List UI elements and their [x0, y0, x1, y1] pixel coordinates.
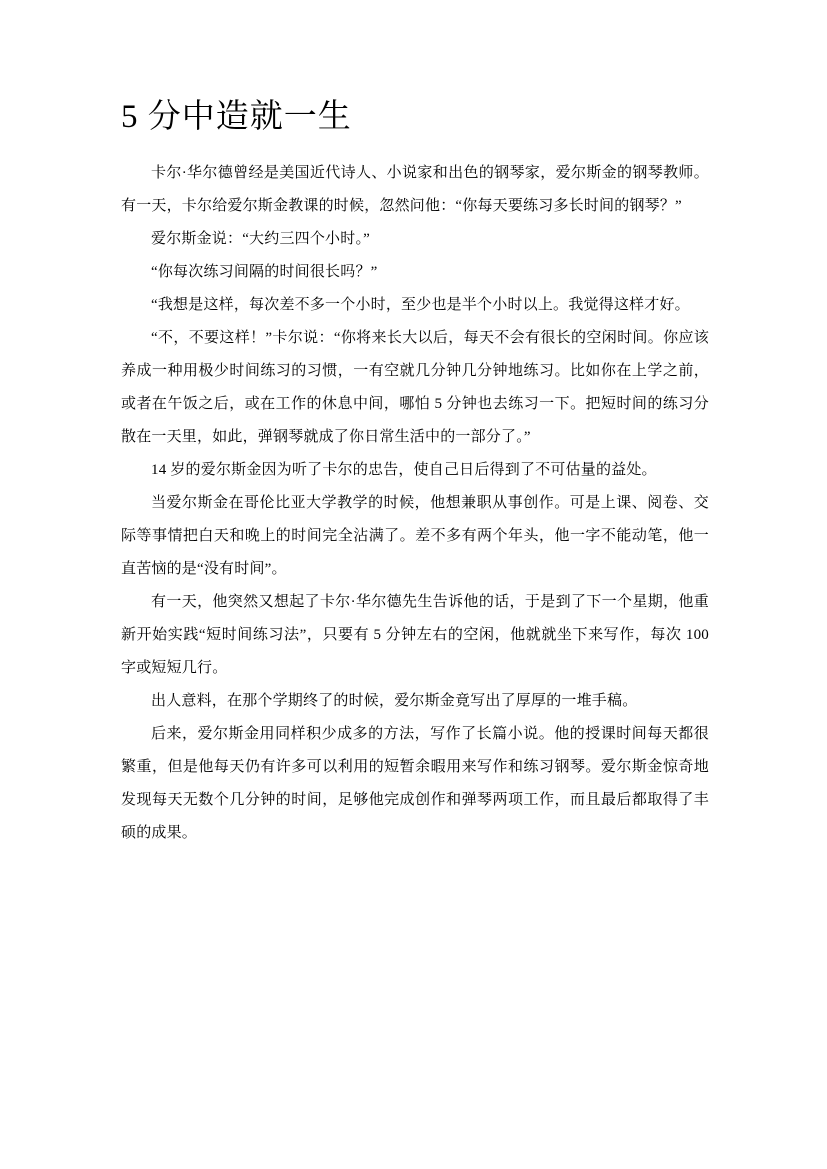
paragraph: “我想是这样，每次差不多一个小时，至少也是半个小时以上。我觉得这样才好。 — [121, 289, 709, 322]
paragraph: 14 岁的爱尔斯金因为听了卡尔的忠告，使自己日后得到了不可估量的益处。 — [121, 454, 709, 487]
paragraph: 卡尔·华尔德曾经是美国近代诗人、小说家和出色的钢琴家，爱尔斯金的钢琴教师。有一天… — [121, 157, 709, 223]
document-content: 5 分中造就一生 卡尔·华尔德曾经是美国近代诗人、小说家和出色的钢琴家，爱尔斯金… — [121, 0, 709, 850]
paragraph: 后来，爱尔斯金用同样积少成多的方法，写作了长篇小说。他的授课时间每天都很繁重，但… — [121, 718, 709, 850]
paragraph: 当爱尔斯金在哥伦比亚大学教学的时候，他想兼职从事创作。可是上课、阅卷、交际等事情… — [121, 487, 709, 586]
paragraph: 爱尔斯金说：“大约三四个小时。” — [121, 223, 709, 256]
paragraph: 出人意料，在那个学期终了的时候，爱尔斯金竟写出了厚厚的一堆手稿。 — [121, 685, 709, 718]
paragraph: 有一天，他突然又想起了卡尔·华尔德先生告诉他的话，于是到了下一个星期，他重新开始… — [121, 586, 709, 685]
document-body: 卡尔·华尔德曾经是美国近代诗人、小说家和出色的钢琴家，爱尔斯金的钢琴教师。有一天… — [121, 157, 709, 850]
paragraph: “不，不要这样！”卡尔说：“你将来长大以后，每天不会有很长的空闲时间。你应该养成… — [121, 322, 709, 454]
paragraph: “你每次练习间隔的时间很长吗？” — [121, 256, 709, 289]
document-title: 5 分中造就一生 — [121, 0, 709, 140]
document-page: 5 分中造就一生 卡尔·华尔德曾经是美国近代诗人、小说家和出色的钢琴家，爱尔斯金… — [0, 0, 827, 1169]
